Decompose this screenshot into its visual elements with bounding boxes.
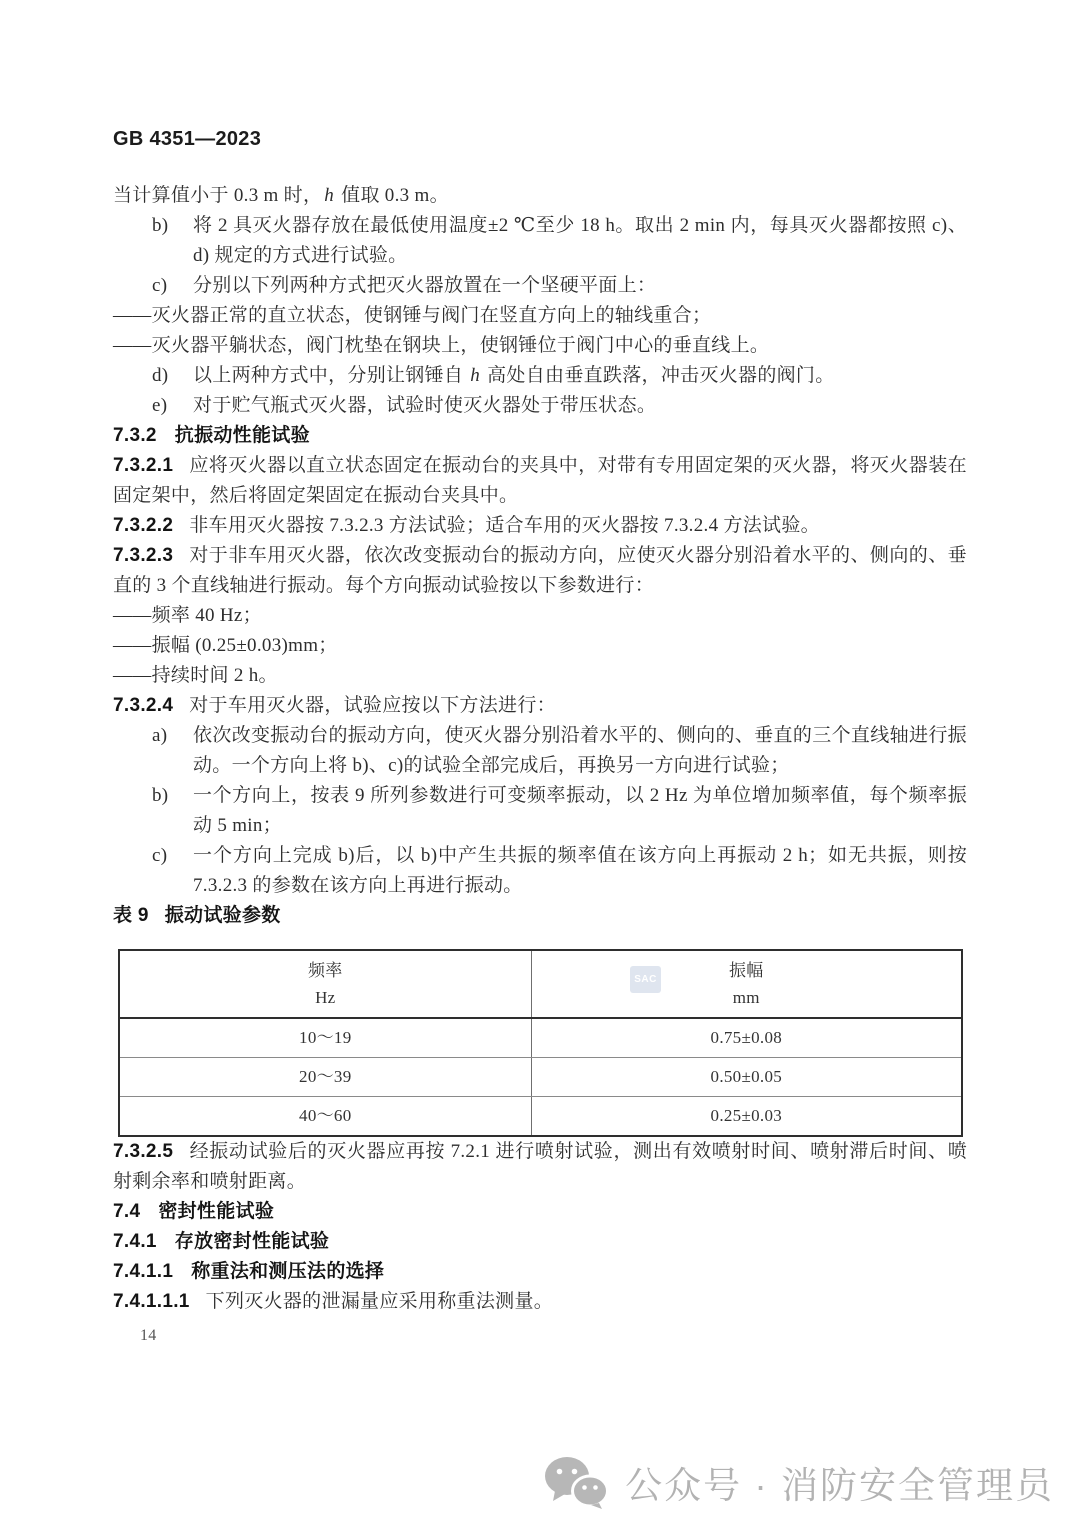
variable-h: h: [322, 185, 336, 206]
table-title: 振动试验参数: [165, 905, 281, 926]
page-content: GB 4351—2023 当计算值小于 0.3 m 时，h 值取 0.3 m。 …: [0, 0, 1080, 1347]
amplitude-column-header: SAC 振幅 mm: [532, 950, 962, 1018]
section-heading-7-4-1-1: 7.4.1.1称重法和测压法的选择: [113, 1257, 967, 1287]
section-number: 7.4: [113, 1201, 158, 1222]
paragraph-7-3-2-5: 7.3.2.5经振动试验后的灭火器应再按 7.2.1 进行喷射试验，测出有效喷射…: [113, 1137, 967, 1197]
paragraph-text: 对于车用灭火器，试验应按以下方法进行：: [189, 695, 556, 716]
paragraph-text: 非车用灭火器按 7.3.2.3 方法试验；适合车用的灭火器按 7.3.2.4 方…: [189, 515, 820, 536]
sac-watermark: SAC: [630, 966, 661, 993]
text-segment: 当计算值小于 0.3 m 时，: [113, 185, 322, 206]
list-text: 以上两种方式中，分别让钢锤自 h 高处自由垂直跌落，冲击灭火器的阀门。: [193, 361, 967, 391]
list-text: 对于贮气瓶式灭火器，试验时使灭火器处于带压状态。: [193, 391, 967, 421]
dash-item-upright: ——灭火器正常的直立状态，使钢锤与阀门在竖直方向上的轴线重合；: [113, 301, 967, 331]
frequency-cell: 10～19: [119, 1018, 532, 1058]
section-heading-7-4: 7.4密封性能试验: [113, 1197, 967, 1227]
list-label: e): [152, 391, 193, 421]
frequency-cell: 40～60: [119, 1097, 532, 1137]
paragraph-7-3-2-1: 7.3.2.1应将灭火器以直立状态固定在振动台的夹具中，对带有专用固定架的灭火器…: [113, 451, 967, 511]
list-label: b): [152, 781, 193, 841]
table-caption: 表 9振动试验参数: [113, 901, 967, 931]
paragraph-number: 7.3.2.3: [113, 545, 189, 566]
table-row: 10～19 0.75±0.08: [119, 1018, 962, 1058]
footer-watermark: 公众号 · 消防安全管理员: [543, 1455, 1054, 1509]
section-title: 抗振动性能试验: [175, 425, 310, 446]
section-number: 7.3.2: [113, 425, 175, 446]
table-number: 表 9: [113, 905, 165, 926]
paragraph-text: 应将灭火器以直立状态固定在振动台的夹具中，对带有专用固定架的灭火器，将灭火器装在…: [113, 455, 967, 506]
paragraph-number: 7.3.2.2: [113, 515, 189, 536]
list-item-e: e) 对于贮气瓶式灭火器，试验时使灭火器处于带压状态。: [152, 391, 967, 421]
paragraph-7-3-2-3: 7.3.2.3对于非车用灭火器，依次改变振动台的振动方向，应使灭火器分别沿着水平…: [113, 541, 967, 601]
paragraph-7-3-2-4: 7.3.2.4对于车用灭火器，试验应按以下方法进行：: [113, 691, 967, 721]
list-label: c): [152, 841, 193, 901]
paragraph-number: 7.4.1.1.1: [113, 1291, 206, 1312]
section-number: 7.4.1: [113, 1231, 175, 1252]
amplitude-header-unit: mm: [532, 984, 960, 1011]
section-heading-7-4-1: 7.4.1存放密封性能试验: [113, 1227, 967, 1257]
paragraph-text: 下列灭火器的泄漏量应采用称重法测量。: [206, 1291, 553, 1312]
amplitude-cell: 0.75±0.08: [532, 1018, 962, 1058]
list-item-d: d) 以上两种方式中，分别让钢锤自 h 高处自由垂直跌落，冲击灭火器的阀门。: [152, 361, 967, 391]
text-segment: 高处自由垂直跌落，冲击灭火器的阀门。: [482, 365, 834, 386]
table-row: 20～39 0.50±0.05: [119, 1058, 962, 1097]
vibration-parameters-table: 频率 Hz SAC 振幅 mm 10～19 0.75±0.08 20～39: [118, 949, 963, 1137]
document-page: GB 4351—2023 当计算值小于 0.3 m 时，h 值取 0.3 m。 …: [0, 0, 1080, 1527]
table-row: 40～60 0.25±0.03: [119, 1097, 962, 1137]
standard-number: GB 4351—2023: [113, 128, 967, 150]
amplitude-cell: 0.25±0.03: [532, 1097, 962, 1137]
page-number: 14: [140, 1325, 967, 1347]
list-text: 依次改变振动台的振动方向，使灭火器分别沿着水平的、侧向的、垂直的三个直线轴进行振…: [193, 721, 967, 781]
dash-item-frequency: ——频率 40 Hz；: [113, 601, 967, 631]
wechat-icon: [543, 1455, 609, 1509]
list-label: c): [152, 271, 193, 301]
dash-item-lying: ——灭火器平躺状态，阀门枕垫在钢块上，使钢锤位于阀门中心的垂直线上。: [113, 331, 967, 361]
section-title: 密封性能试验: [158, 1201, 274, 1222]
dash-item-duration: ——持续时间 2 h。: [113, 661, 967, 691]
frequency-cell: 20～39: [119, 1058, 532, 1097]
list-item-b: b) 将 2 具灭火器存放在最低使用温度±2 ℃至少 18 h。取出 2 min…: [152, 211, 967, 271]
list-text: 一个方向上，按表 9 所列参数进行可变频率振动，以 2 Hz 为单位增加频率值，…: [193, 781, 967, 841]
section-heading-7-3-2: 7.3.2抗振动性能试验: [113, 421, 967, 451]
variable-h: h: [468, 365, 482, 386]
section-title: 称重法和测压法的选择: [191, 1261, 384, 1282]
list-text: 一个方向上完成 b)后，以 b)中产生共振的频率值在该方向上再振动 2 h；如无…: [193, 841, 967, 901]
frequency-header-label: 频率: [120, 957, 532, 984]
table-header-row: 频率 Hz SAC 振幅 mm: [119, 950, 962, 1018]
list-text: 分别以下列两种方式把灭火器放置在一个坚硬平面上：: [193, 271, 967, 301]
paragraph-number: 7.3.2.5: [113, 1141, 189, 1162]
section-title: 存放密封性能试验: [175, 1231, 329, 1252]
text-segment: 值取 0.3 m。: [336, 185, 449, 206]
list-item-b4: b) 一个方向上，按表 9 所列参数进行可变频率振动，以 2 Hz 为单位增加频…: [152, 781, 967, 841]
dash-item-amplitude: ——振幅 (0.25±0.03)mm；: [113, 631, 967, 661]
list-item-c4: c) 一个方向上完成 b)后，以 b)中产生共振的频率值在该方向上再振动 2 h…: [152, 841, 967, 901]
list-label: d): [152, 361, 193, 391]
footer-watermark-text: 公众号 · 消防安全管理员: [625, 1455, 1054, 1509]
text-segment: 以上两种方式中，分别让钢锤自: [193, 365, 468, 386]
paragraph-number: 7.3.2.4: [113, 695, 189, 716]
paragraph-7-4-1-1-1: 7.4.1.1.1下列灭火器的泄漏量应采用称重法测量。: [113, 1287, 967, 1317]
list-label: a): [152, 721, 193, 781]
paragraph-7-3-2-2: 7.3.2.2非车用灭火器按 7.3.2.3 方法试验；适合车用的灭火器按 7.…: [113, 511, 967, 541]
list-text: 将 2 具灭火器存放在最低使用温度±2 ℃至少 18 h。取出 2 min 内，…: [193, 211, 967, 271]
frequency-header-unit: Hz: [120, 984, 532, 1011]
frequency-column-header: 频率 Hz: [119, 950, 532, 1018]
paragraph-a-continuation: 当计算值小于 0.3 m 时，h 值取 0.3 m。: [113, 181, 967, 211]
list-item-c: c) 分别以下列两种方式把灭火器放置在一个坚硬平面上：: [152, 271, 967, 301]
paragraph-text: 对于非车用灭火器，依次改变振动台的振动方向，应使灭火器分别沿着水平的、侧向的、垂…: [113, 545, 967, 596]
amplitude-cell: 0.50±0.05: [532, 1058, 962, 1097]
section-number: 7.4.1.1: [113, 1261, 191, 1282]
paragraph-text: 经振动试验后的灭火器应再按 7.2.1 进行喷射试验，测出有效喷射时间、喷射滞后…: [113, 1141, 967, 1192]
list-label: b): [152, 211, 193, 271]
paragraph-number: 7.3.2.1: [113, 455, 189, 476]
amplitude-header-label: 振幅: [532, 957, 960, 984]
list-item-a4: a) 依次改变振动台的振动方向，使灭火器分别沿着水平的、侧向的、垂直的三个直线轴…: [152, 721, 967, 781]
